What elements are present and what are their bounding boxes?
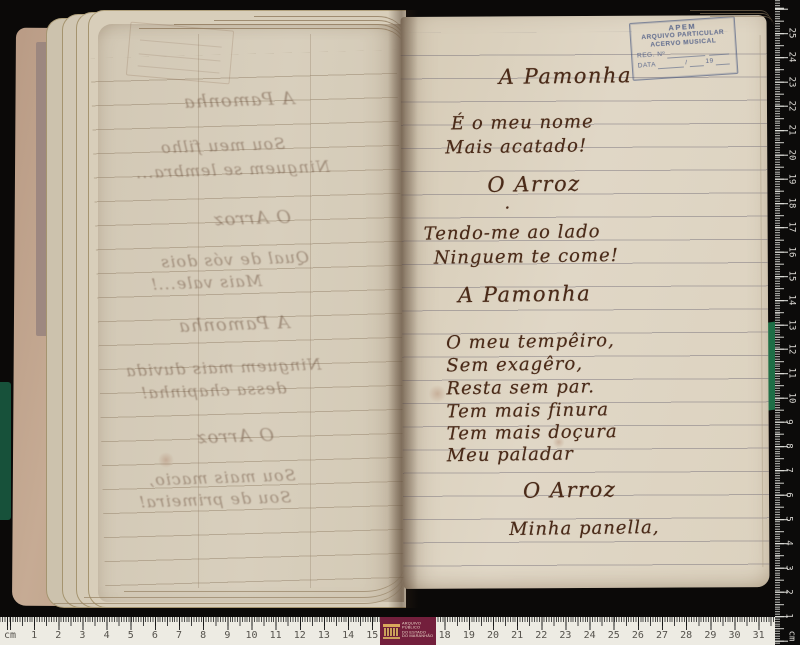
- book-gutter-shadow: [388, 10, 418, 608]
- page-fold-curve: [139, 28, 404, 54]
- ruler-number: 9: [224, 630, 230, 641]
- bleedthrough-line: Mais vale...!: [150, 271, 263, 294]
- ruler-number: 28: [680, 630, 692, 641]
- green-support-left: [0, 382, 11, 520]
- ruler-number: 1: [784, 613, 794, 618]
- ruler-number: 25: [786, 28, 796, 39]
- stamp-date-slash: /: [685, 58, 688, 67]
- ruler-number: 25: [608, 630, 620, 641]
- handwritten-line: É o meu nome: [451, 111, 594, 134]
- ruler-number: 2: [55, 630, 61, 641]
- ruler-number: 3: [784, 565, 794, 570]
- paper-stain: [428, 385, 446, 403]
- handwritten-line: A Pamonha: [499, 63, 633, 89]
- ruler-number: 18: [439, 630, 451, 641]
- ruler-number: 4: [104, 630, 110, 641]
- ruler-number: 26: [632, 630, 644, 641]
- ruler-number: 18: [786, 198, 796, 209]
- ruler-number: 4: [784, 541, 794, 546]
- paper-stain: [553, 436, 565, 448]
- stamp-blank-line: [689, 59, 703, 67]
- handwritten-line: O Arroz: [487, 172, 581, 197]
- bleedthrough-line: A Pamonha: [183, 88, 295, 113]
- right-page: APEM ARQUIVO PARTICULAR ACERVO MUSICAL R…: [401, 15, 770, 589]
- stamp-date-year: 19: [705, 57, 714, 67]
- side-ruler: 2524232221201918171615141312111098765432…: [775, 0, 800, 645]
- ruler-number: 5: [128, 630, 134, 641]
- building-icon: [383, 624, 400, 639]
- handwritten-line: O Arroz: [523, 477, 617, 502]
- handwritten-line: Tem mais doçura: [447, 421, 618, 444]
- ruler-number: 17: [786, 222, 796, 233]
- ruler-number: 22: [535, 630, 547, 641]
- ruler-number: 20: [786, 149, 796, 160]
- ruler-number: 3: [79, 630, 85, 641]
- ruler-number: 29: [704, 630, 716, 641]
- ruler-number: 13: [318, 630, 330, 641]
- ruler-number: 30: [728, 630, 740, 641]
- ruler-number: 6: [784, 492, 794, 497]
- bleedthrough-line: A Pamonha: [178, 312, 290, 337]
- handwritten-line: Tendo-me ao lado: [423, 221, 600, 244]
- ruler-number: 23: [786, 76, 796, 87]
- handwritten-line: A Pamonha: [458, 281, 592, 307]
- page-fold-curve-bottom: [54, 578, 404, 604]
- ruler-number: 31: [753, 630, 765, 641]
- ruler-number: 24: [786, 52, 796, 63]
- ruler-number: 2: [784, 589, 794, 594]
- ruler-number: 12: [786, 343, 796, 354]
- stamp-date-label: DATA: [637, 60, 656, 70]
- handwritten-line: Ninguem te come!: [434, 245, 619, 269]
- ruler-number: 11: [270, 630, 282, 641]
- ruler-number: 15: [366, 630, 378, 641]
- ruler-number: 8: [784, 443, 794, 448]
- archive-logo: ARQUIVOPÚBLICODO ESTADODO MARANHÃO: [380, 617, 436, 645]
- ruler-number: 10: [245, 630, 257, 641]
- handwritten-line: O meu tempêiro,: [446, 330, 615, 353]
- handwritten-line: Tem mais finura: [446, 399, 609, 422]
- handwritten-line: Sem exagêro,: [446, 353, 583, 376]
- ruler-number: 23: [559, 630, 571, 641]
- ruler-number: 19: [786, 173, 796, 184]
- ruler-number: 11: [786, 368, 796, 379]
- paper-stain: [158, 452, 174, 468]
- photographed-manuscript-scene: A PamonhaSou meu filhoNinguem se lembra.…: [0, 0, 800, 645]
- ruler-unit-label: cm: [786, 631, 796, 642]
- ruler-number: 12: [294, 630, 306, 641]
- stamp-reg-label: REG. Nº: [637, 50, 666, 61]
- ruler-number: 13: [786, 319, 796, 330]
- bleedthrough-line: O Arroz: [213, 207, 292, 231]
- stamp-blank-line: [658, 61, 684, 70]
- ruler-number: 21: [786, 125, 796, 136]
- ruler-number: 19: [463, 630, 475, 641]
- ruler-number: 10: [786, 392, 796, 403]
- ruler-number: 27: [656, 630, 668, 641]
- stamp-blank-line: [716, 57, 730, 65]
- handwritten-line: .: [504, 192, 511, 213]
- archive-logo-text: ARQUIVOPÚBLICODO ESTADODO MARANHÃO: [402, 623, 433, 640]
- ruler-number: 16: [786, 246, 796, 257]
- ruler-number: 8: [200, 630, 206, 641]
- bottom-ruler: cm 1234567891011121314151819202122232425…: [0, 617, 800, 645]
- page-top-edge-curve: [710, 16, 774, 26]
- page-crease: [310, 34, 311, 588]
- ruler-number: 9: [784, 419, 794, 424]
- ruler-number: 14: [786, 295, 796, 306]
- ruler-number: 21: [511, 630, 523, 641]
- ruler-number: 1: [31, 630, 37, 641]
- handwritten-line: Mais acatado!: [445, 135, 587, 158]
- ruler-number: 6: [152, 630, 158, 641]
- ruler-unit-label: cm: [4, 630, 16, 641]
- handwritten-line: Minha panella,: [509, 517, 660, 540]
- ruler-number: 22: [786, 100, 796, 111]
- ruler-number: 7: [176, 630, 182, 641]
- left-page: A PamonhaSou meu filhoNinguem se lembra.…: [98, 24, 404, 602]
- ruler-number: 5: [784, 516, 794, 521]
- ruler-number: 24: [584, 630, 596, 641]
- ruler-number: 15: [786, 271, 796, 282]
- handwritten-line: Resta sem par.: [446, 376, 595, 399]
- ruler-number: 20: [487, 630, 499, 641]
- archive-logo-line: DO MARANHÃO: [402, 635, 433, 639]
- bleedthrough-line: O Arroz: [196, 425, 275, 449]
- ruler-number: 14: [342, 630, 354, 641]
- stamp-blank-line: [708, 47, 729, 55]
- ruler-number: 7: [784, 468, 794, 473]
